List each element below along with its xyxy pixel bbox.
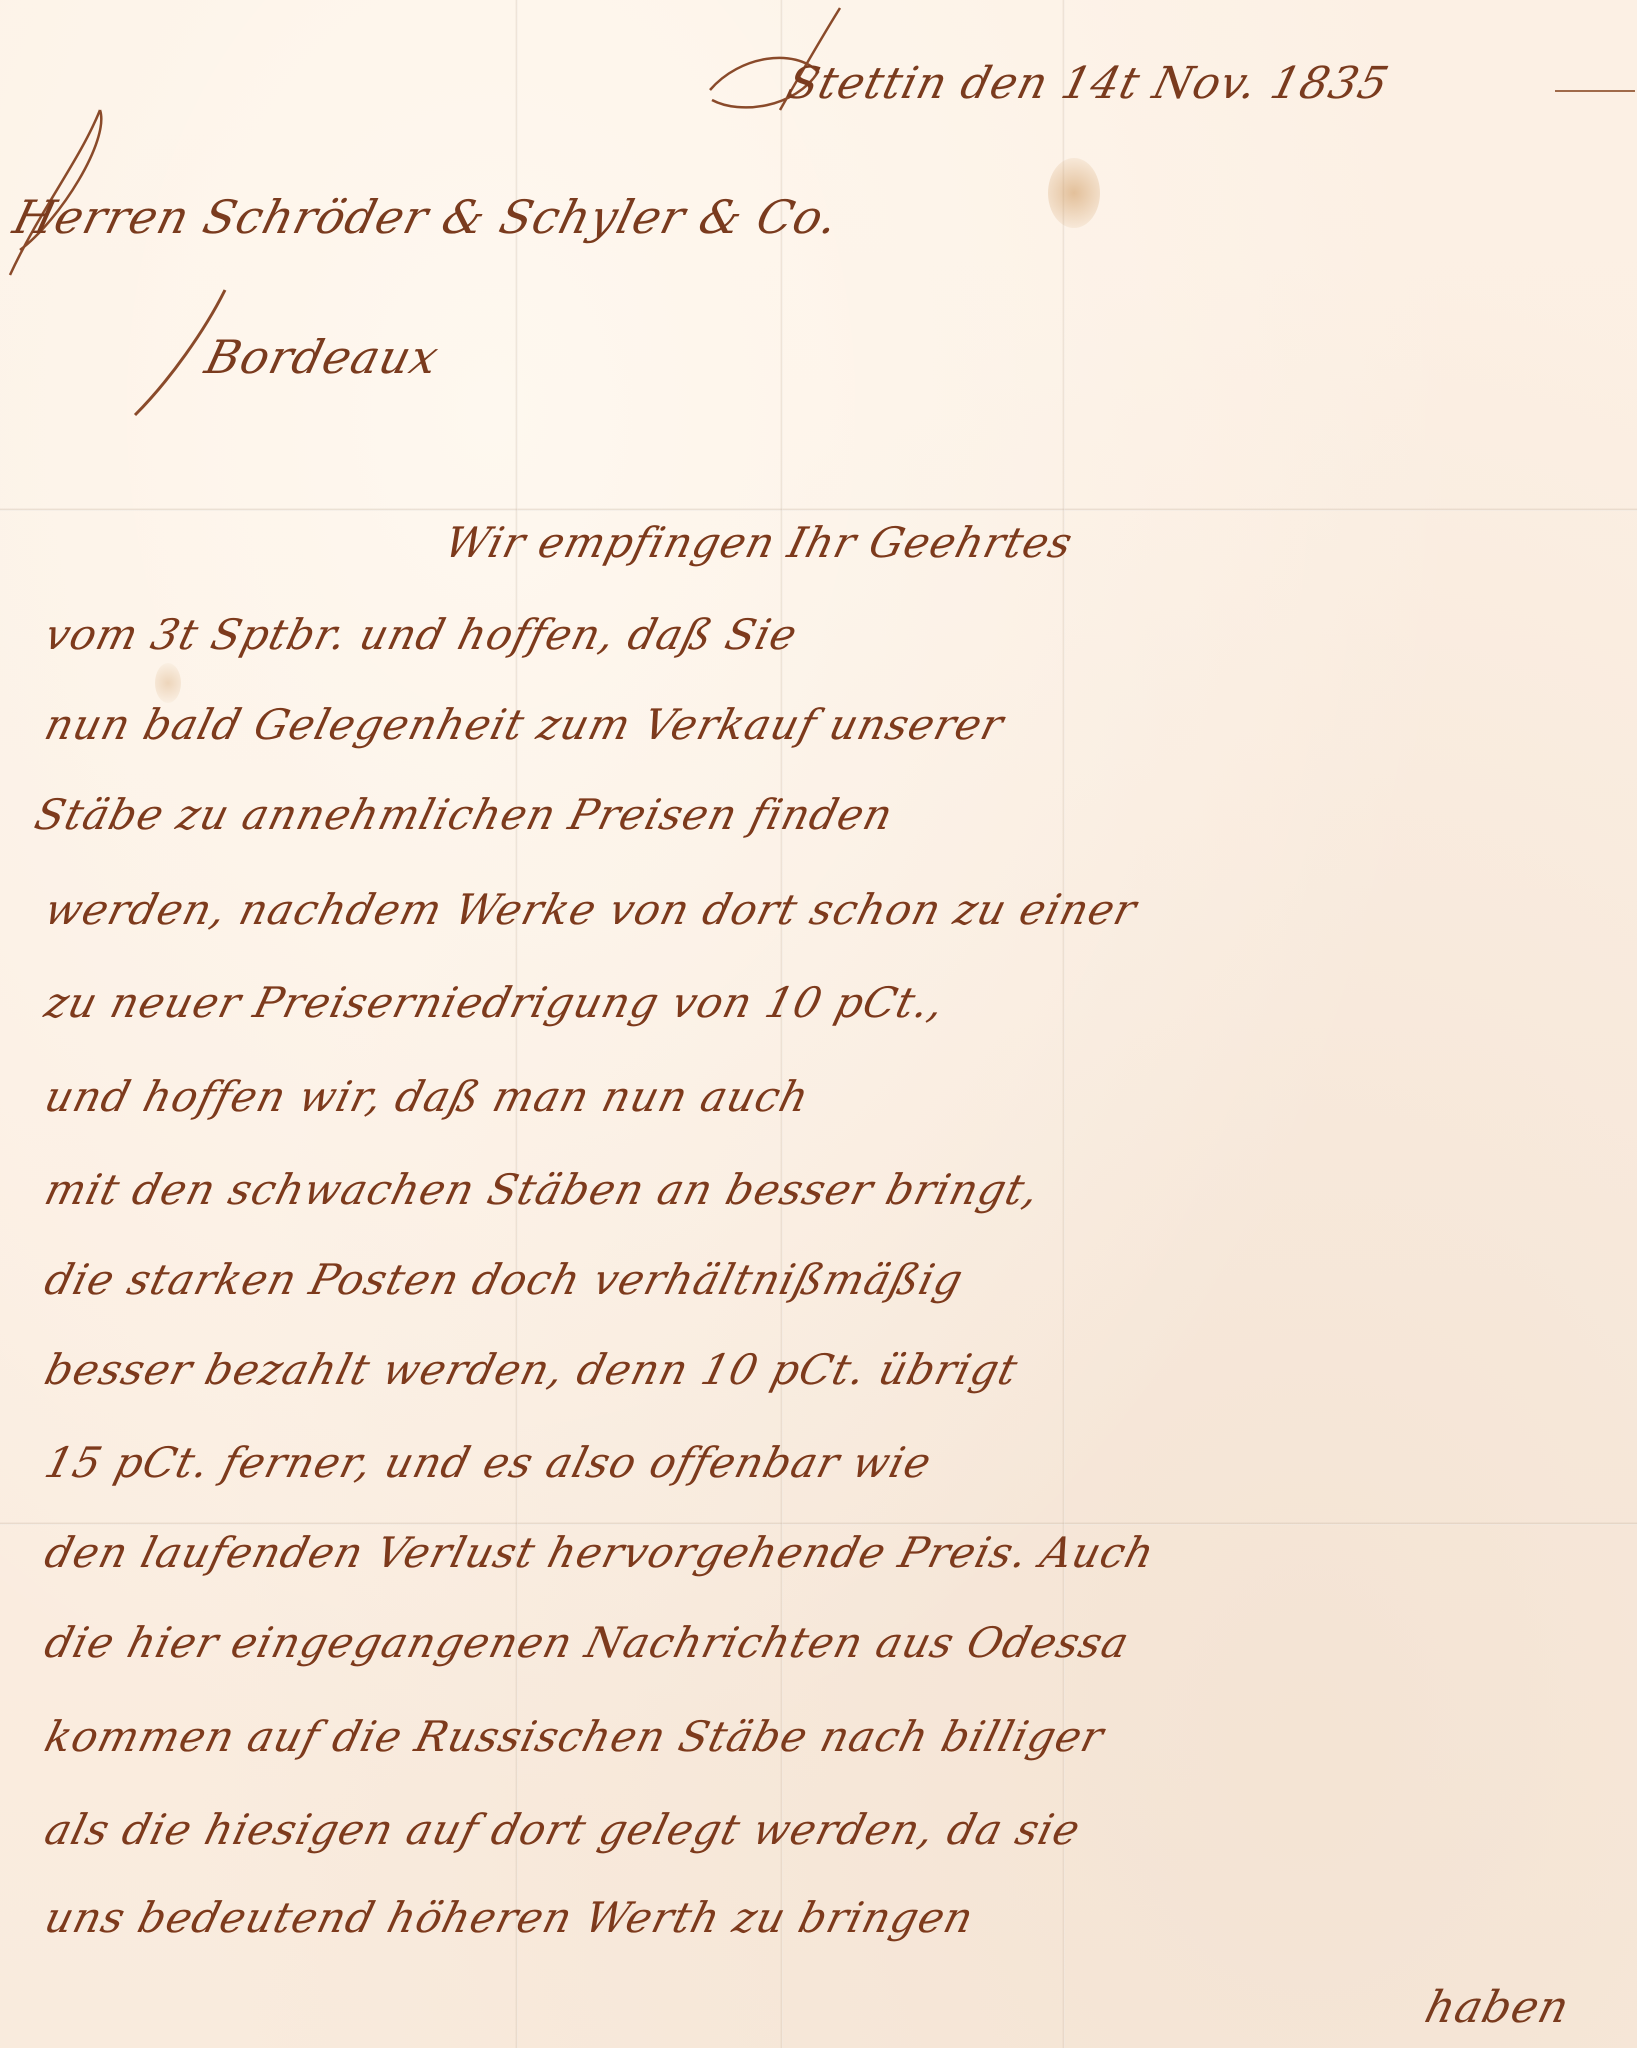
body-line: Wir empfingen Ihr Geehrtes [440,518,1078,567]
body-line: die starken Posten doch verhältnißmäßig [40,1255,968,1304]
address-city: Bordeaux [200,330,445,384]
body-line: Stäbe zu annehmlichen Preisen finden [30,790,898,839]
fold-crease-horizontal [0,508,1637,511]
body-line-final: haben [1420,1982,1575,2033]
ink-stain [155,663,181,703]
body-line: die hier eingegangenen Nachrichten aus O… [40,1618,1135,1667]
addressee: Herren Schröder & Schyler & Co. [8,190,844,244]
body-line: und hoffen wir, daß man nun auch [40,1072,815,1121]
body-line: besser bezahlt werden, denn 10 pCt. übri… [40,1345,1023,1394]
letter-date: Stettin den 14t Nov. 1835 [782,58,1394,109]
body-line: mit den schwachen Stäben an besser bring… [40,1165,1045,1214]
body-line: 15 pCt. ferner, und es also offenbar wie [40,1438,937,1487]
body-line: vom 3t Sptbr. und hoffen, daß Sie [40,610,803,659]
body-line: uns bedeutend höheren Werth zu bringen [40,1893,979,1942]
body-line: werden, nachdem Werke von dort schon zu … [40,885,1142,934]
body-line: kommen auf die Russischen Stäbe nach bil… [40,1712,1109,1761]
body-line: als die hiesigen auf dort gelegt werden,… [40,1805,1086,1854]
fold-crease-horizontal [0,1522,1637,1525]
body-line: zu neuer Preiserniedrigung von 10 pCt., [40,978,950,1027]
ink-stain [1048,158,1100,228]
body-line: nun bald Gelegenheit zum Verkauf unserer [40,700,1009,749]
date-underline [1555,90,1635,92]
body-line: den laufenden Verlust hervorgehende Prei… [40,1528,1160,1577]
